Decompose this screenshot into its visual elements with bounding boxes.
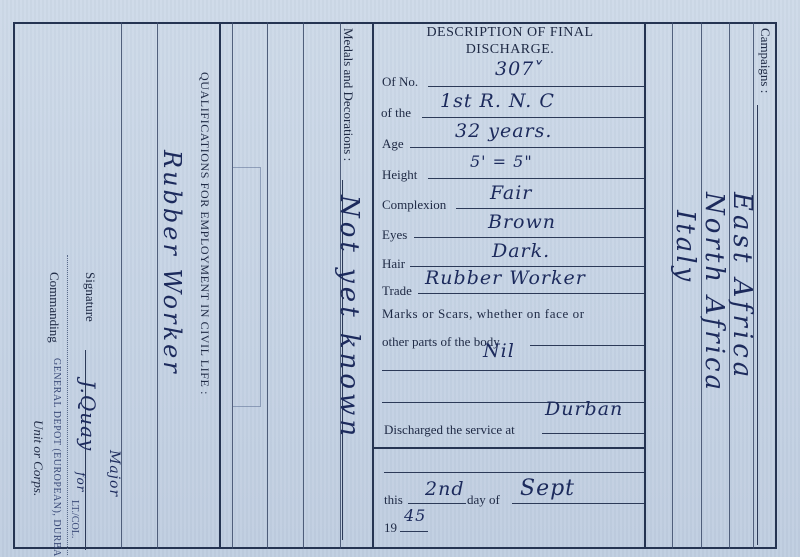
unit-line <box>422 117 644 118</box>
column-line <box>644 22 646 549</box>
month-line <box>512 503 644 504</box>
qualifications-value: Rubber Worker <box>158 150 186 376</box>
hair-value: Dark. <box>492 240 550 262</box>
number-line <box>428 86 644 87</box>
discharged-label: Discharged the service at <box>384 422 515 438</box>
frame-top <box>13 22 775 24</box>
unit-value: 1st R. N. C <box>440 90 555 112</box>
commanding-stamp-suffix: LT./COL. <box>69 500 80 538</box>
unit-label: of the <box>381 105 411 121</box>
trade-line <box>418 293 644 294</box>
discharged-value: Durban <box>545 398 623 420</box>
complexion-line <box>456 208 644 209</box>
campaign-item-1: East Africa <box>727 192 757 381</box>
marks-value: Nil <box>483 340 515 362</box>
faint-stamp <box>233 167 261 407</box>
frame-left <box>13 22 15 549</box>
trade-label: Trade <box>382 283 412 299</box>
column-line <box>267 22 268 549</box>
date-guide-line <box>384 472 644 473</box>
year-line <box>400 531 428 532</box>
age-value: 32 years. <box>455 120 552 142</box>
eyes-label: Eyes <box>382 227 407 243</box>
height-value: 5' = 5" <box>470 152 533 171</box>
marks-label-line1: Marks or Scars, whether on face or <box>382 306 585 322</box>
complexion-value: Fair <box>490 182 532 204</box>
day-prefix-label: this <box>384 492 403 508</box>
unit-or-corps-label: Unit or Corps. <box>30 420 46 496</box>
document-title-line2: DISCHARGE. <box>390 42 630 58</box>
age-label: Age <box>382 136 404 152</box>
column-line <box>303 22 304 549</box>
commanding-stamp: GENERAL DEPOT (EUROPEAN), DURBAN <box>51 358 62 557</box>
number-label: Of No. <box>382 74 418 90</box>
hair-label: Hair <box>382 256 405 272</box>
column-line <box>372 22 374 549</box>
trade-value: Rubber Worker <box>425 267 586 289</box>
campaign-item-3: Italy <box>670 210 700 284</box>
month-value: Sept <box>520 476 575 501</box>
medals-label: Medals and Decorations : <box>340 28 356 161</box>
number-value: 307˅ <box>495 58 545 80</box>
signature-rank: Major <box>106 450 122 497</box>
marks-line2 <box>382 370 644 371</box>
eyes-line <box>414 237 644 238</box>
signature-for: for <box>74 472 88 492</box>
signature-value: J.Quay <box>76 380 100 451</box>
column-line <box>219 22 221 549</box>
section-divider <box>372 447 644 449</box>
discharge-document: Signature J.Quay Major for Commanding GE… <box>0 0 800 557</box>
campaigns-line <box>757 105 758 545</box>
document-title-line1: DESCRIPTION OF FINAL <box>390 25 630 41</box>
eyes-value: Brown <box>488 211 556 233</box>
column-line <box>672 22 673 549</box>
frame-right <box>775 22 777 549</box>
medals-value: Not yet known <box>334 195 364 440</box>
marks-line1 <box>530 345 644 346</box>
signature-label: Signature <box>82 272 98 322</box>
height-label: Height <box>382 167 417 183</box>
year-value: 45 <box>404 506 426 525</box>
campaign-item-2: North Africa <box>699 192 729 393</box>
height-line <box>428 178 644 179</box>
day-value: 2nd <box>425 478 465 500</box>
age-line <box>410 147 644 148</box>
qualifications-label: QUALIFICATIONS FOR EMPLOYMENT IN CIVIL L… <box>197 72 212 395</box>
complexion-label: Complexion <box>382 197 446 213</box>
campaigns-label: Campaigns : <box>757 28 773 93</box>
year-prefix: 19 <box>384 520 397 536</box>
day-line <box>408 503 466 504</box>
discharged-line <box>542 433 644 434</box>
day-of-label: day of <box>467 492 500 508</box>
frame-bottom <box>13 547 775 549</box>
commanding-label: Commanding <box>46 272 62 343</box>
